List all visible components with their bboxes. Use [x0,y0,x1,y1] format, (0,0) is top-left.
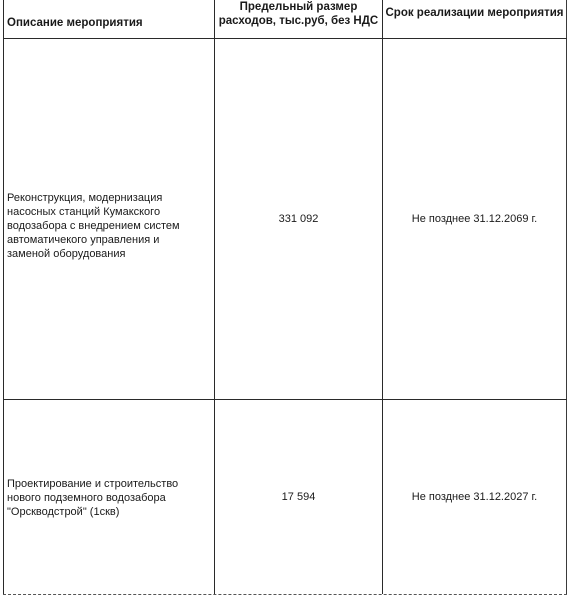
cell-deadline: Не позднее 31.12.2027 г. [382,400,567,594]
header-deadline: Срок реализации мероприятия [382,0,567,38]
description-text: Реконструкция, модернизация насосных ста… [4,191,180,261]
table-row: Проектирование и строительство нового по… [3,400,567,595]
description-text: Проектирование и строительство нового по… [4,477,178,519]
table-row: Реконструкция, модернизация насосных ста… [3,39,567,400]
cell-deadline: Не позднее 31.12.2069 г. [382,39,567,399]
cost-value: 17 594 [282,490,316,504]
deadline-text: Не позднее 31.12.2027 г. [412,490,538,504]
table-header-row: Описание мероприятия Предельный размер р… [3,0,567,39]
measures-table: Описание мероприятия Предельный размер р… [3,0,567,595]
deadline-text: Не позднее 31.12.2069 г. [412,212,538,226]
cost-value: 331 092 [279,212,319,226]
cell-cost: 17 594 [214,400,382,594]
cell-description: Проектирование и строительство нового по… [3,400,214,594]
header-cost-limit: Предельный размер расходов, тыс.руб, без… [214,0,382,38]
header-description: Описание мероприятия [3,0,214,38]
cell-description: Реконструкция, модернизация насосных ста… [3,39,214,399]
cell-cost: 331 092 [214,39,382,399]
